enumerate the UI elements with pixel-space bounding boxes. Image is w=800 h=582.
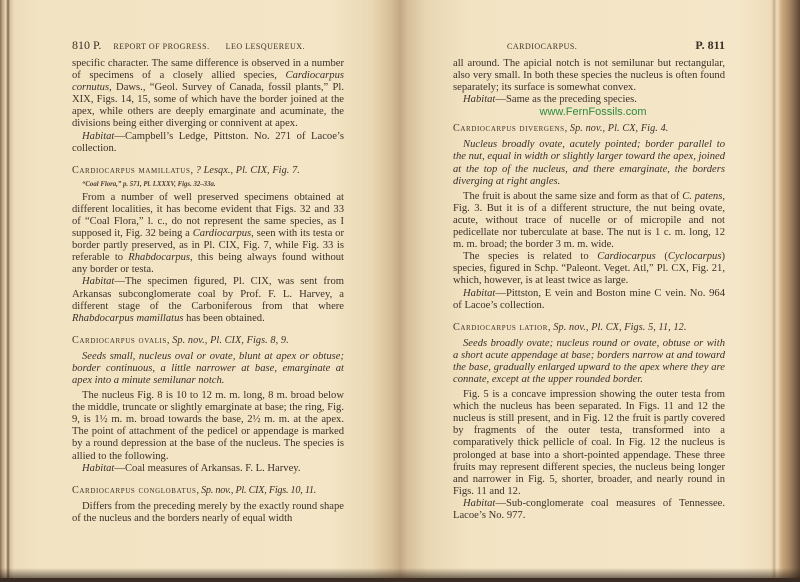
section-heading-latior: Cardiocarpus latior, Sp. nov., Pl. CX, F… bbox=[453, 322, 725, 333]
right-running-head: CARDIOCARPUS. P. 811 bbox=[453, 38, 725, 52]
section-heading-mamillatus: Cardiocarpus mamillatus, ? Lesqx., Pl. C… bbox=[72, 165, 344, 176]
body-paragraph: The fruit is about the same size and for… bbox=[453, 191, 725, 251]
body-paragraph: Differs from the preceding merely by the… bbox=[72, 501, 344, 525]
habitat-paragraph: Habitat—The specimen figured, Pl. CIX, w… bbox=[72, 276, 344, 324]
section-heading-divergens: Cardiocarpus divergens, Sp. nov., Pl. CX… bbox=[453, 123, 725, 134]
right-page: CARDIOCARPUS. P. 811 all around. The api… bbox=[453, 38, 725, 522]
habitat-paragraph: Habitat—Same as the preceding species. bbox=[453, 94, 725, 106]
continuation-paragraph: all around. The apicial notch is not sem… bbox=[453, 58, 725, 94]
reference-note: “Coal Flora,” p. 571, Pl. LXXXV, Figs. 3… bbox=[82, 181, 344, 188]
diagnosis-paragraph: Seeds broadly ovate; nucleus round or ov… bbox=[453, 338, 725, 386]
diagnosis-paragraph: Seeds small, nucleus oval or ovate, blun… bbox=[72, 351, 344, 387]
body-paragraph: From a number of well preserved specimen… bbox=[72, 192, 344, 277]
left-running-head: 810 P. REPORT OF PROGRESS. LEO LESQUEREU… bbox=[72, 38, 344, 52]
habitat-paragraph: Habitat—Sub-conglomerate coal measures o… bbox=[453, 498, 725, 522]
body-paragraph: The nucleus Fig. 8 is 10 to 12 m. m. lon… bbox=[72, 390, 344, 463]
book-spread: 810 P. REPORT OF PROGRESS. LEO LESQUEREU… bbox=[0, 0, 800, 578]
section-heading-conglobatus: Cardiocarpus conglobatus, Sp. nov., Pl. … bbox=[72, 485, 344, 496]
watermark-link: www.FernFossils.com bbox=[453, 106, 725, 118]
body-paragraph: The species is related to Cardiocarpus (… bbox=[453, 251, 725, 287]
left-page: 810 P. REPORT OF PROGRESS. LEO LESQUEREU… bbox=[72, 38, 344, 525]
intro-paragraph: specific character. The same difference … bbox=[72, 58, 344, 131]
left-page-number: 810 P. bbox=[72, 38, 101, 53]
right-page-number: P. 811 bbox=[695, 38, 725, 53]
section-heading-ovalis: Cardiocarpus ovalis, Sp. nov., Pl. CIX, … bbox=[72, 335, 344, 346]
habitat-paragraph: Habitat—Campbell’s Ledge, Pittston. No. … bbox=[72, 131, 344, 155]
right-running-title: CARDIOCARPUS. bbox=[507, 42, 577, 51]
habitat-paragraph: Habitat—Coal measures of Arkansas. F. L.… bbox=[72, 463, 344, 475]
left-running-title: REPORT OF PROGRESS. bbox=[113, 42, 209, 51]
body-paragraph: Fig. 5 is a concave impression showing t… bbox=[453, 389, 725, 498]
habitat-paragraph: Habitat—Pittston, E vein and Boston mine… bbox=[453, 288, 725, 312]
left-running-author: LEO LESQUEREUX. bbox=[226, 42, 306, 51]
diagnosis-paragraph: Nucleus broadly ovate, acutely pointed; … bbox=[453, 139, 725, 187]
